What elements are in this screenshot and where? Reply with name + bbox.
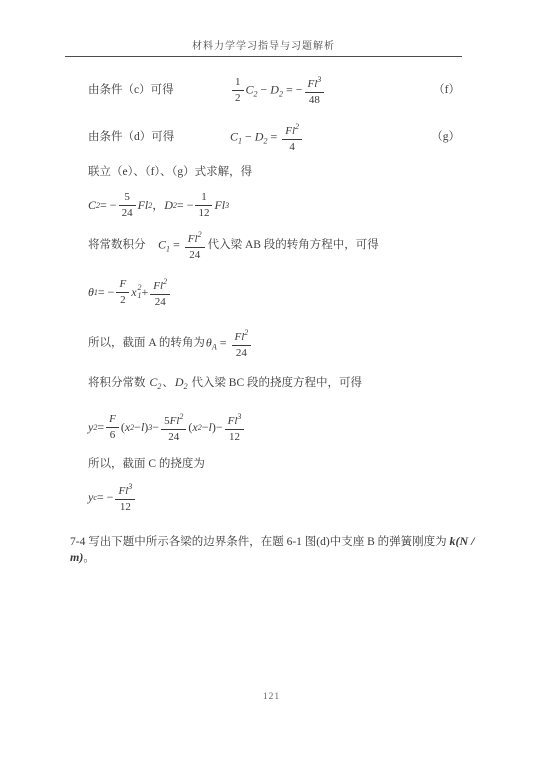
- equation-g: C1 − D2 = Fl24: [230, 122, 431, 153]
- condition-d-label: 由条件（d）可得: [88, 130, 230, 145]
- text-segment: 所以，截面 A 的转角为: [88, 336, 205, 351]
- text-segment: 代入梁 BC 段的挠度方程中，可得: [189, 377, 362, 389]
- equation-theta1: θ1 = −F2x21 + Fl224: [88, 273, 172, 311]
- equation-f: 12C2 − D2 = −Fl348: [230, 75, 433, 106]
- inline-formula: D2: [175, 375, 188, 389]
- running-header: 材料力学学习指导与习题解析: [65, 37, 462, 52]
- paragraph-theta-a: 所以，截面 A 的转角为 θA = Fl224: [88, 324, 254, 362]
- condition-c-label: 由条件（c）可得: [88, 83, 230, 98]
- equation-yc: yc = −Fl312: [88, 478, 137, 516]
- paragraph-solve: 联立（e）、（f）、（g）式求解，得: [88, 165, 252, 180]
- equation-row-f: 由条件（c）可得 12C2 − D2 = −Fl348 （f）: [88, 71, 460, 109]
- text-segment: 将常数积分: [88, 238, 157, 253]
- text-segment: 、: [162, 377, 174, 389]
- inline-formula: θA = Fl224: [206, 328, 253, 359]
- header-rule: [65, 56, 462, 57]
- text-segment: 7-4 写出下题中所示各梁的边界条件，在题 6-1 图(d)中支座 B 的弹簧刚…: [70, 536, 450, 548]
- inline-formula: C2: [149, 375, 161, 389]
- header-title: 材料力学学习指导与习题解析: [192, 41, 335, 52]
- text-segment: 将积分常数: [88, 377, 148, 389]
- equation-row-g: 由条件（d）可得 C1 − D2 = Fl24 （g）: [88, 118, 460, 156]
- page-number: 121: [0, 692, 543, 702]
- equation-tag-f: （f）: [433, 83, 460, 98]
- text-segment: 代入梁 AB 段的转角方程中，可得: [208, 238, 379, 253]
- inline-formula: C1 = Fl224: [158, 230, 207, 261]
- paragraph-so-c: 所以，截面 C 的挠度为: [88, 457, 205, 472]
- paragraph-substitute-c2-d2: 将积分常数 C2、D2 代入梁 BC 段的挠度方程中，可得: [88, 375, 362, 394]
- equation-tag-g: （g）: [431, 130, 460, 145]
- text-segment: 。: [83, 552, 95, 564]
- equation-y2: y2 = F6(x2 − l)3 − 5Fl224(x2 − l) − Fl31…: [88, 408, 246, 446]
- equation-constants: C2 = −524Fl2，D2 = −112Fl3: [88, 186, 229, 224]
- document-page: 材料力学学习指导与习题解析 由条件（c）可得 12C2 − D2 = −Fl34…: [0, 0, 543, 768]
- paragraph-substitute-c1: 将常数积分 C1 = Fl224 代入梁 AB 段的转角方程中，可得: [88, 226, 379, 264]
- paragraph-problem-7-4: 7-4 写出下题中所示各梁的边界条件，在题 6-1 图(d)中支座 B 的弹簧刚…: [70, 534, 482, 566]
